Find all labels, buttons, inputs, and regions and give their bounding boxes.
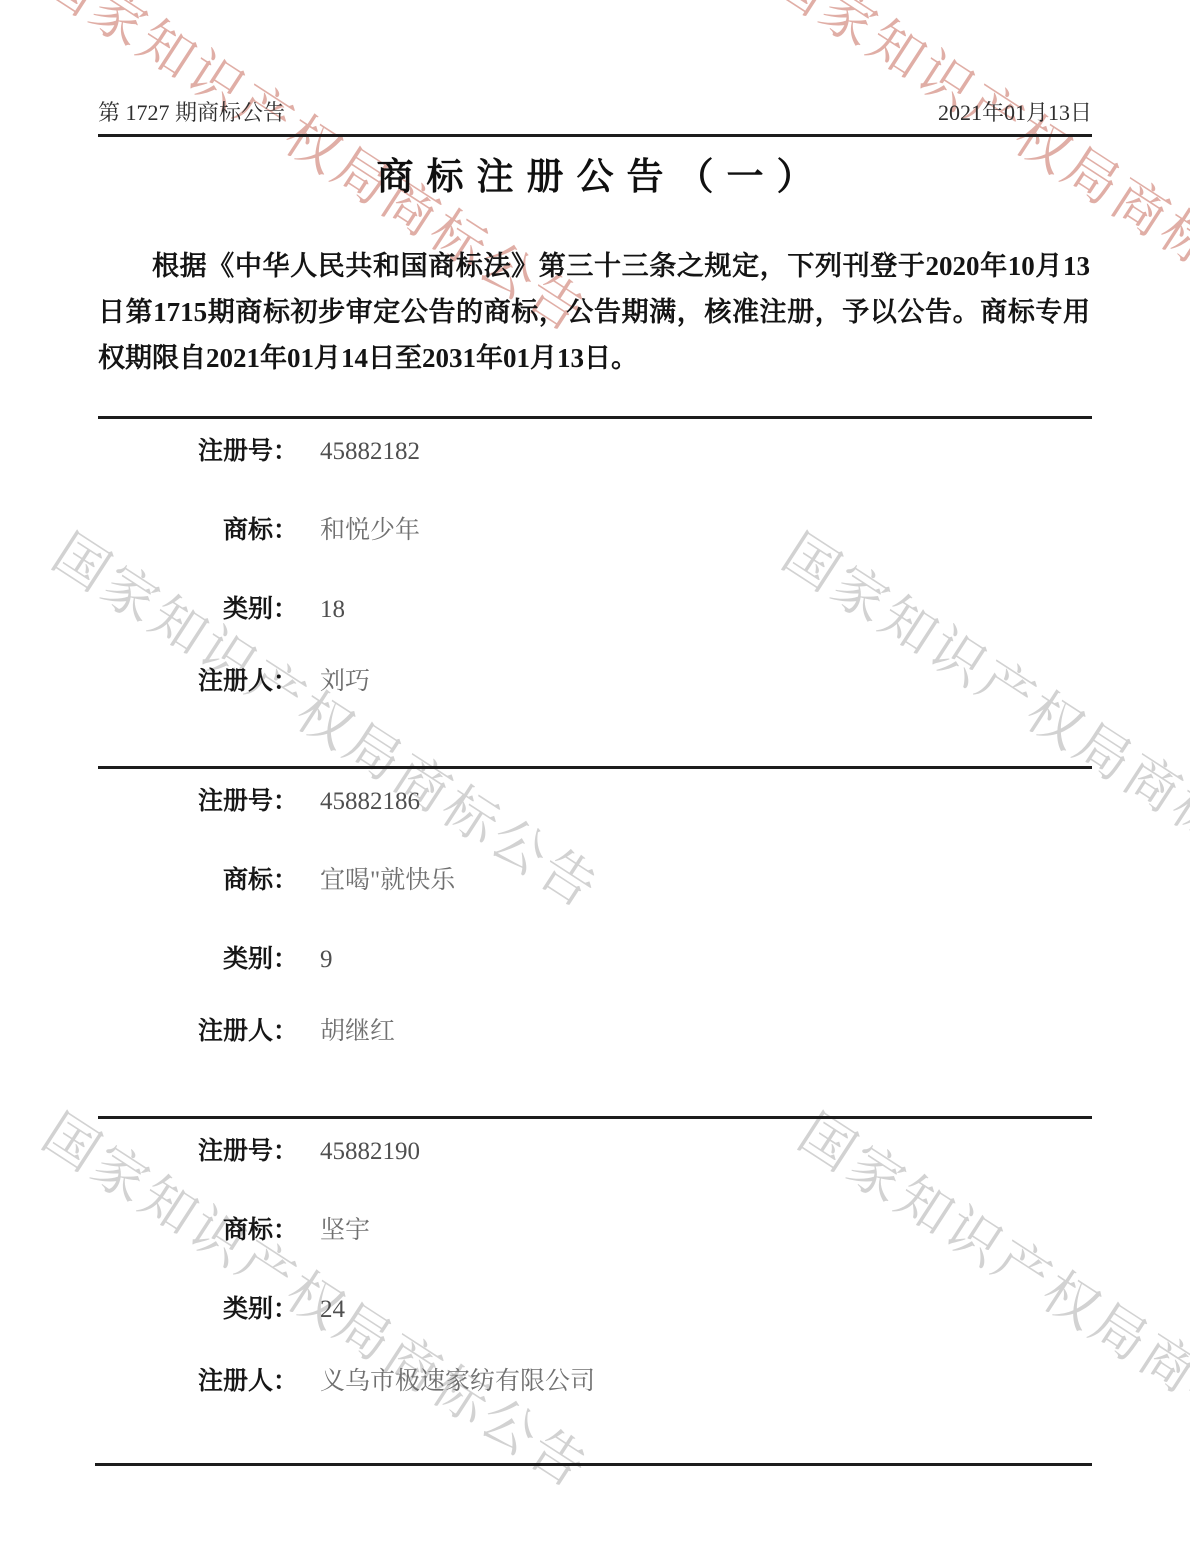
registrant-label: 注册人： — [98, 1365, 298, 1398]
gazette-date: 2021年01月13日 — [938, 96, 1092, 127]
reg-no-value: 45882190 — [320, 1135, 420, 1168]
gazette-issue-label: 第 1727 期商标公告 — [98, 96, 285, 127]
field-row-trademark: 商标： 和悦少年 — [98, 514, 420, 547]
trademark-label: 商标： — [98, 1214, 298, 1247]
field-row-category: 类别： 9 — [98, 943, 333, 976]
category-label: 类别： — [98, 943, 298, 976]
reg-no-label: 注册号： — [98, 435, 298, 468]
trademark-label: 商标： — [98, 864, 298, 897]
category-label: 类别： — [98, 593, 298, 626]
registrant-value: 刘巧 — [320, 665, 370, 698]
trademark-record: 注册号： 45882182 商标： 和悦少年 类别： 18 注册人： 刘巧 — [98, 416, 1092, 767]
trademark-record: 注册号： 45882186 商标： 宜喝"就快乐 类别： 9 注册人： 胡继红 — [98, 766, 1092, 1117]
field-row-trademark: 商标： 坚宇 — [98, 1214, 370, 1247]
bottom-rule — [95, 1463, 1092, 1466]
field-row-trademark: 商标： 宜喝"就快乐 — [98, 864, 455, 897]
trademark-label: 商标： — [98, 514, 298, 547]
intro-paragraph: 根据《中华人民共和国商标法》第三十三条之规定，下列刊登于2020年10月13日第… — [98, 243, 1090, 381]
registrant-label: 注册人： — [98, 665, 298, 698]
registrant-value: 义乌市极速家纺有限公司 — [320, 1365, 595, 1398]
trademark-value: 宜喝"就快乐 — [320, 864, 455, 897]
field-row-reg-no: 注册号： 45882186 — [98, 785, 420, 818]
page-title: 商标注册公告（一） — [0, 146, 1190, 200]
header-rule — [98, 134, 1092, 137]
category-value: 18 — [320, 593, 345, 626]
trademark-record: 注册号： 45882190 商标： 坚宇 类别： 24 注册人： 义乌市极速家纺… — [98, 1116, 1092, 1467]
field-row-reg-no: 注册号： 45882190 — [98, 1135, 420, 1168]
page-header: 第 1727 期商标公告 2021年01月13日 — [98, 96, 1092, 127]
trademark-value: 和悦少年 — [320, 514, 420, 547]
registrant-value: 胡继红 — [320, 1015, 395, 1048]
category-value: 9 — [320, 943, 333, 976]
trademark-value: 坚宇 — [320, 1214, 370, 1247]
field-row-registrant: 注册人： 义乌市极速家纺有限公司 — [98, 1365, 595, 1398]
reg-no-value: 45882186 — [320, 785, 420, 818]
field-row-category: 类别： 24 — [98, 1293, 345, 1326]
reg-no-label: 注册号： — [98, 1135, 298, 1168]
field-row-reg-no: 注册号： 45882182 — [98, 435, 420, 468]
category-value: 24 — [320, 1293, 345, 1326]
category-label: 类别： — [98, 1293, 298, 1326]
registrant-label: 注册人： — [98, 1015, 298, 1048]
field-row-category: 类别： 18 — [98, 593, 345, 626]
field-row-registrant: 注册人： 胡继红 — [98, 1015, 395, 1048]
field-row-registrant: 注册人： 刘巧 — [98, 665, 370, 698]
reg-no-value: 45882182 — [320, 435, 420, 468]
gazette-page: 国家知识产权局商标公告 国家知识产权局商标公告 国家知识产权局商标公告 国家知识… — [0, 0, 1190, 1564]
reg-no-label: 注册号： — [98, 785, 298, 818]
